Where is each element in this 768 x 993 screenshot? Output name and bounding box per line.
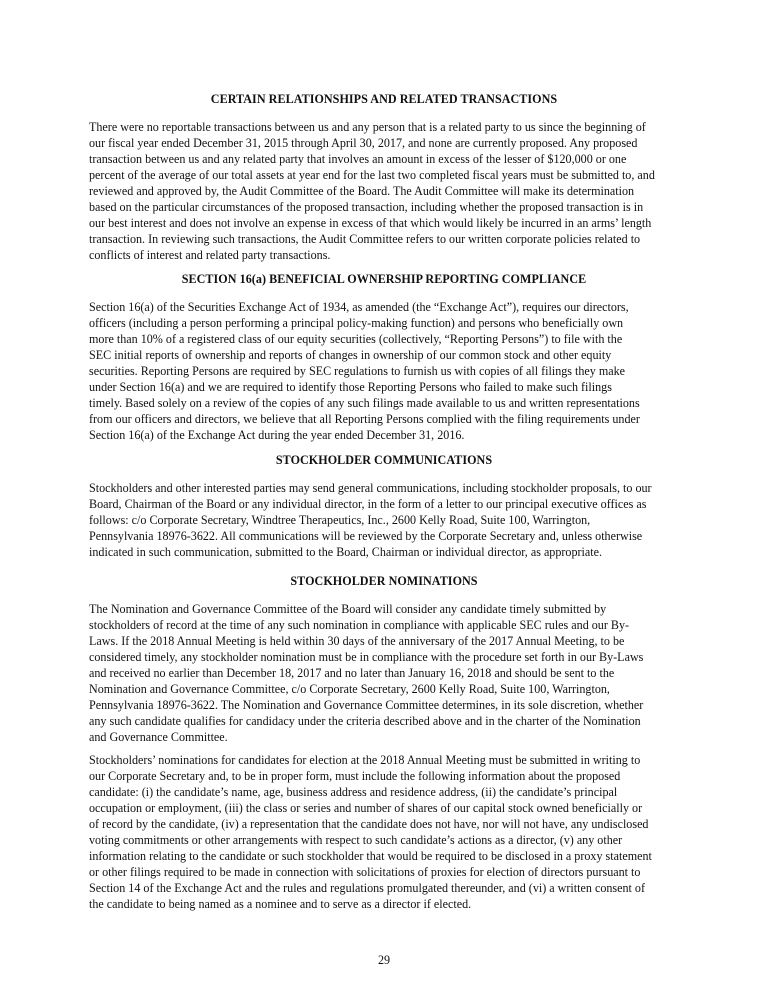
text-line: our fiscal year ended December 31, 2015 … [89,135,729,151]
text-line: more than 10% of a registered class of o… [89,331,729,347]
text-line: based on the particular circumstances of… [89,199,729,215]
text-line: stockholders of record at the time of an… [89,617,729,633]
text-line: and Governance Committee. [89,729,729,745]
text-line: securities. Reporting Persons are requir… [89,363,729,379]
text-line: transaction between us and any related p… [89,151,729,167]
document-page: CERTAIN RELATIONSHIPS AND RELATED TRANSA… [0,0,768,993]
section-heading-stockholder-nominations: STOCKHOLDER NOMINATIONS [0,574,768,589]
text-line: follows: c/o Corporate Secretary, Windtr… [89,512,729,528]
text-line: officers (including a person performing … [89,315,729,331]
text-line: Section 14 of the Exchange Act and the r… [89,880,729,896]
section-heading-section-16a: SECTION 16(a) BENEFICIAL OWNERSHIP REPOR… [0,272,768,287]
text-line: or other filings required to be made in … [89,864,729,880]
text-line: under Section 16(a) and we are required … [89,379,729,395]
text-line: considered timely, any stockholder nomin… [89,649,729,665]
text-line: Pennsylvania 18976-3622. The Nomination … [89,697,729,713]
text-line: Section 16(a) of the Securities Exchange… [89,299,729,315]
text-line: timely. Based solely on a review of the … [89,395,729,411]
text-line: Board, Chairman of the Board or any indi… [89,496,729,512]
text-line: and received no earlier than December 18… [89,665,729,681]
text-line: of record by the candidate, (iv) a repre… [89,816,729,832]
text-line: our best interest and does not involve a… [89,215,729,231]
text-line: Laws. If the 2018 Annual Meeting is held… [89,633,729,649]
text-line: Stockholders’ nominations for candidates… [89,752,729,768]
text-line: information relating to the candidate or… [89,848,729,864]
text-line: our Corporate Secretary and, to be in pr… [89,768,729,784]
paragraph-related-transactions: There were no reportable transactions be… [89,119,729,263]
text-line: Stockholders and other interested partie… [89,480,729,496]
text-line: from our officers and directors, we beli… [89,411,729,427]
text-line: transaction. In reviewing such transacti… [89,231,729,247]
text-line: percent of the average of our total asse… [89,167,729,183]
paragraph-nominations-1: The Nomination and Governance Committee … [89,601,729,745]
paragraph-section-16a: Section 16(a) of the Securities Exchange… [89,299,729,443]
section-heading-related-transactions: CERTAIN RELATIONSHIPS AND RELATED TRANSA… [0,92,768,107]
text-line: There were no reportable transactions be… [89,119,729,135]
paragraph-nominations-2: Stockholders’ nominations for candidates… [89,752,729,912]
text-line: the candidate to being named as a nomine… [89,896,729,912]
text-line: any such candidate qualifies for candida… [89,713,729,729]
page-number: 29 [0,953,768,968]
text-line: candidate: (i) the candidate’s name, age… [89,784,729,800]
section-heading-stockholder-communications: STOCKHOLDER COMMUNICATIONS [0,453,768,468]
text-line: reviewed and approved by, the Audit Comm… [89,183,729,199]
paragraph-stockholder-communications: Stockholders and other interested partie… [89,480,729,560]
text-line: The Nomination and Governance Committee … [89,601,729,617]
text-line: Nomination and Governance Committee, c/o… [89,681,729,697]
text-line: Pennsylvania 18976-3622. All communicati… [89,528,729,544]
text-line: indicated in such communication, submitt… [89,544,729,560]
text-line: Section 16(a) of the Exchange Act during… [89,427,729,443]
text-line: voting commitments or other arrangements… [89,832,729,848]
text-line: occupation or employment, (iii) the clas… [89,800,729,816]
text-line: conflicts of interest and related party … [89,247,729,263]
text-line: SEC initial reports of ownership and rep… [89,347,729,363]
